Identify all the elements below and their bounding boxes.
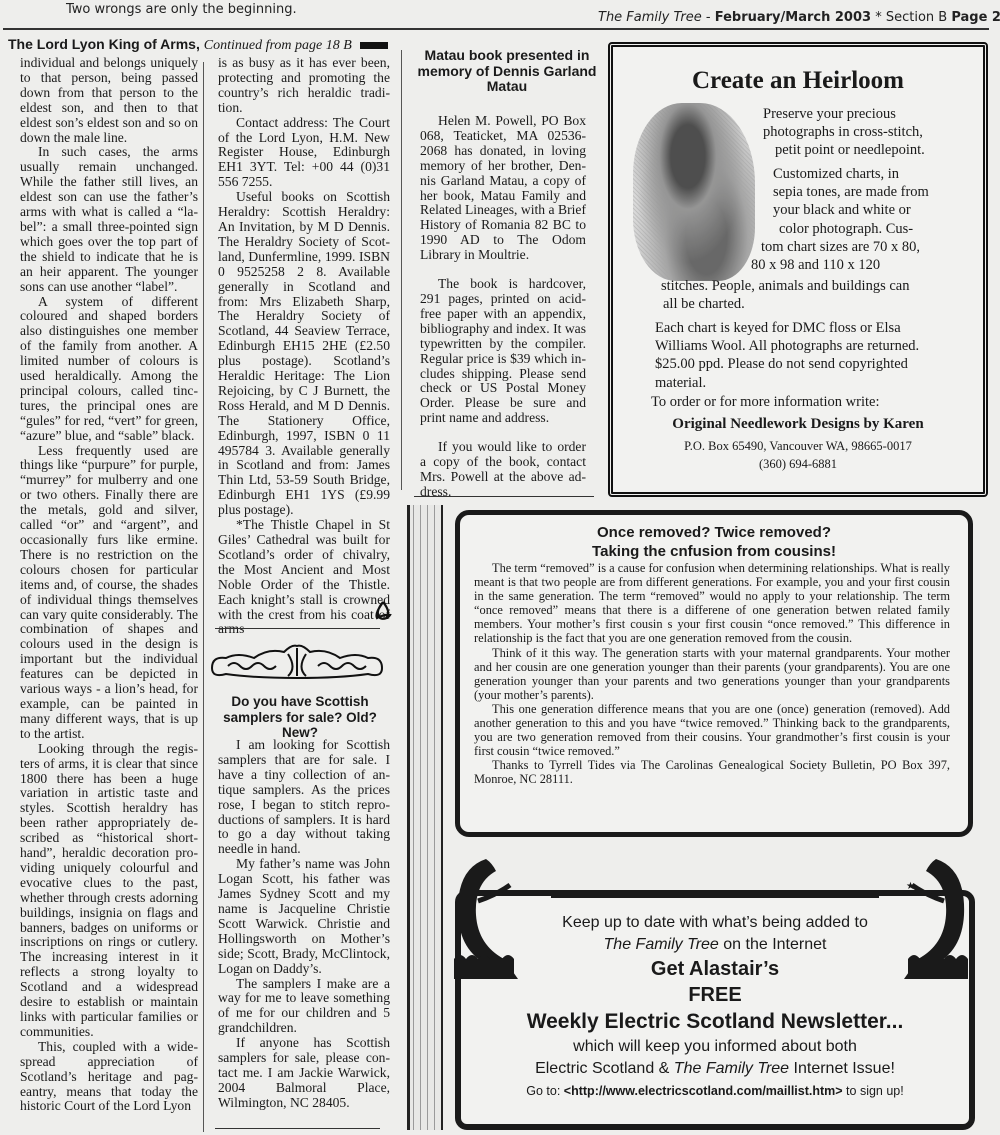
headline-line: Once removed? Twice removed? xyxy=(460,523,968,542)
matau-body: Helen M. Powell, PO Box 068, Teaticket, … xyxy=(420,114,586,500)
paragraph: Looking through the regis­ters of arms, … xyxy=(20,742,198,1040)
continuation-arrow-icon xyxy=(360,42,388,49)
ad-line: 80 x 98 and 110 x 120 xyxy=(751,256,929,274)
ad-line: Preserve your precious xyxy=(763,105,925,123)
column-divider xyxy=(203,62,204,1132)
article-headline: The Lord Lyon King of Arms, Continued fr… xyxy=(8,36,388,54)
section-rule xyxy=(215,1128,380,1129)
ad-line: color photograph. Cus- xyxy=(773,220,929,238)
section-label: * Section B xyxy=(875,10,947,25)
ad-line-8: Go to: <http://www.electricscotland.com/… xyxy=(461,1084,969,1098)
celtic-figure-right-icon: ★ xyxy=(896,855,974,985)
paragraph: The samplers I make are a way for me to … xyxy=(218,977,390,1037)
lyon-column-1: individual and belongs uniquely to that … xyxy=(20,56,198,1114)
paragraph: Contact address: The Court of the Lord L… xyxy=(218,116,390,191)
heirloom-advertisement: Create an Heirloom Preserve your preciou… xyxy=(608,42,988,497)
ad-line: sepia tones, are made from xyxy=(773,183,929,201)
paragraph: I am looking for Scottish samplers that … xyxy=(218,738,390,857)
ad-line: stitches. People, animals and buildings … xyxy=(661,277,909,295)
continued-note: Continued from page 18 B xyxy=(204,38,352,53)
ad-phone: (360) 694-6881 xyxy=(613,455,983,473)
ad-order-line: To order or for more information write: xyxy=(651,393,880,411)
ad-company: Original Needlework Designs by Karen xyxy=(613,415,983,433)
ad-line-5: Weekly Electric Scotland Newsletter... xyxy=(461,1010,969,1034)
ad-line: all be charted. xyxy=(661,295,909,313)
masthead: The Family Tree - February/March 2003 * … xyxy=(598,10,1000,25)
triquetra-end-icon xyxy=(372,600,394,622)
ad-stitches: stitches. People, animals and buildings … xyxy=(661,277,909,313)
ad-text: Internet Issue! xyxy=(789,1060,895,1077)
cousins-body: The term “removed” is a cause for confus… xyxy=(460,561,968,787)
celtic-figure-left-icon xyxy=(448,855,526,985)
publication-name: The Family Tree xyxy=(598,10,702,25)
cousins-headline: Once removed? Twice removed? Taking the … xyxy=(460,523,968,561)
ad-text: on the Internet xyxy=(719,936,827,953)
ad-details: Each chart is keyed for DMC floss or Els… xyxy=(655,319,955,392)
samplers-headline: Do you have Scottish samplers for sale? … xyxy=(210,694,390,741)
paragraph: The book is hardcover, 291 pages, printe… xyxy=(420,277,586,426)
paragraph: This, coupled with a wide­spread appreci… xyxy=(20,1040,198,1115)
paragraph: The term “removed” is a cause for confus… xyxy=(474,561,950,646)
ad-text: Go to: xyxy=(526,1084,564,1098)
headline-title: The Lord Lyon King of Arms, xyxy=(8,36,200,52)
cross-stitch-photo xyxy=(633,103,755,281)
paragraph: A system of different coloured and shape… xyxy=(20,295,198,444)
ad-intro: Preserve your precious photographs in cr… xyxy=(763,105,925,160)
issue-date: February/March 2003 xyxy=(715,10,871,25)
paragraph: *The Thistle Chapel in St Giles’ Cathedr… xyxy=(218,518,390,637)
section-rule xyxy=(215,628,380,629)
ad-line-3: Get Alastair’s xyxy=(461,958,969,981)
column-divider xyxy=(401,50,402,490)
ad-text: to sign up! xyxy=(843,1084,904,1098)
section-rule xyxy=(414,496,594,497)
ad-line-6: which will keep you informed about both xyxy=(461,1038,969,1056)
paragraph: Thanks to Tyrrell Tides via The Carolina… xyxy=(474,758,950,786)
ad-line-4: FREE xyxy=(461,984,969,1007)
header-rule xyxy=(3,28,989,30)
paragraph: My father’s name was John Logan Scott, h… xyxy=(218,857,390,976)
ad-line-7: Electric Scotland & The Family Tree Inte… xyxy=(461,1060,969,1078)
ad-line: your black and white or xyxy=(773,201,929,219)
page-tagline: Two wrongs are only the beginning. xyxy=(66,2,297,17)
paragraph: is as busy as it has ever been, protecti… xyxy=(218,56,390,116)
lyon-column-2: is as busy as it has ever been, protecti… xyxy=(218,56,390,637)
paragraph: individual and belongs uniquely to that … xyxy=(20,56,198,145)
cousins-article: Once removed? Twice removed? Taking the … xyxy=(455,510,973,837)
ad-line: photographs in cross-stitch, xyxy=(763,123,925,141)
ad-line-2: The Family Tree on the Internet xyxy=(461,936,969,954)
headline-line: Taking the cnfusion from cousins! xyxy=(460,542,968,561)
paragraph: If anyone has Scottish samplers for sale… xyxy=(218,1036,390,1111)
ad-line: tom chart sizes are 70 x 80, xyxy=(761,238,929,256)
page-number: Page 23 xyxy=(951,10,1000,25)
newsletter-url[interactable]: <http://www.electricscotland.com/maillis… xyxy=(564,1084,843,1098)
ad-line: petit point or needlepoint. xyxy=(763,141,925,159)
ad-text: Electric Scotland & xyxy=(535,1060,674,1077)
publication-name: The Family Tree xyxy=(604,936,719,953)
ad-address: P.O. Box 65490, Vancouver WA, 98665-0017 xyxy=(613,437,983,455)
paragraph: Think of it this way. The generation sta… xyxy=(474,646,950,702)
ad-chart-info: Customized charts, in sepia tones, are m… xyxy=(773,165,929,274)
paragraph: Useful books on Scottish Heraldry: Scott… xyxy=(218,190,390,518)
ad-title: Create an Heirloom xyxy=(613,67,983,95)
svg-text:★: ★ xyxy=(906,881,915,892)
matau-headline: Matau book presented in memory of Dennis… xyxy=(412,48,602,95)
paragraph: In such cases, the arms usually remain u… xyxy=(20,145,198,294)
paragraph: Helen M. Powell, PO Box 068, Teaticket, … xyxy=(420,114,586,263)
paragraph: This one generation difference means tha… xyxy=(474,702,950,758)
scroll-ornament-icon xyxy=(208,642,386,682)
paragraph: Less frequently used are things like “pu… xyxy=(20,444,198,742)
samplers-body: I am looking for Scottish samplers that … xyxy=(218,738,390,1111)
paragraph: If you would like to order a copy of the… xyxy=(420,440,586,500)
ad-line: Customized charts, in xyxy=(773,165,929,183)
ad-top-band xyxy=(551,890,879,898)
publication-name: The Family Tree xyxy=(674,1060,789,1077)
tree-trunk-decoration xyxy=(407,505,443,1130)
ad-line-1: Keep up to date with what’s being added … xyxy=(461,914,969,932)
